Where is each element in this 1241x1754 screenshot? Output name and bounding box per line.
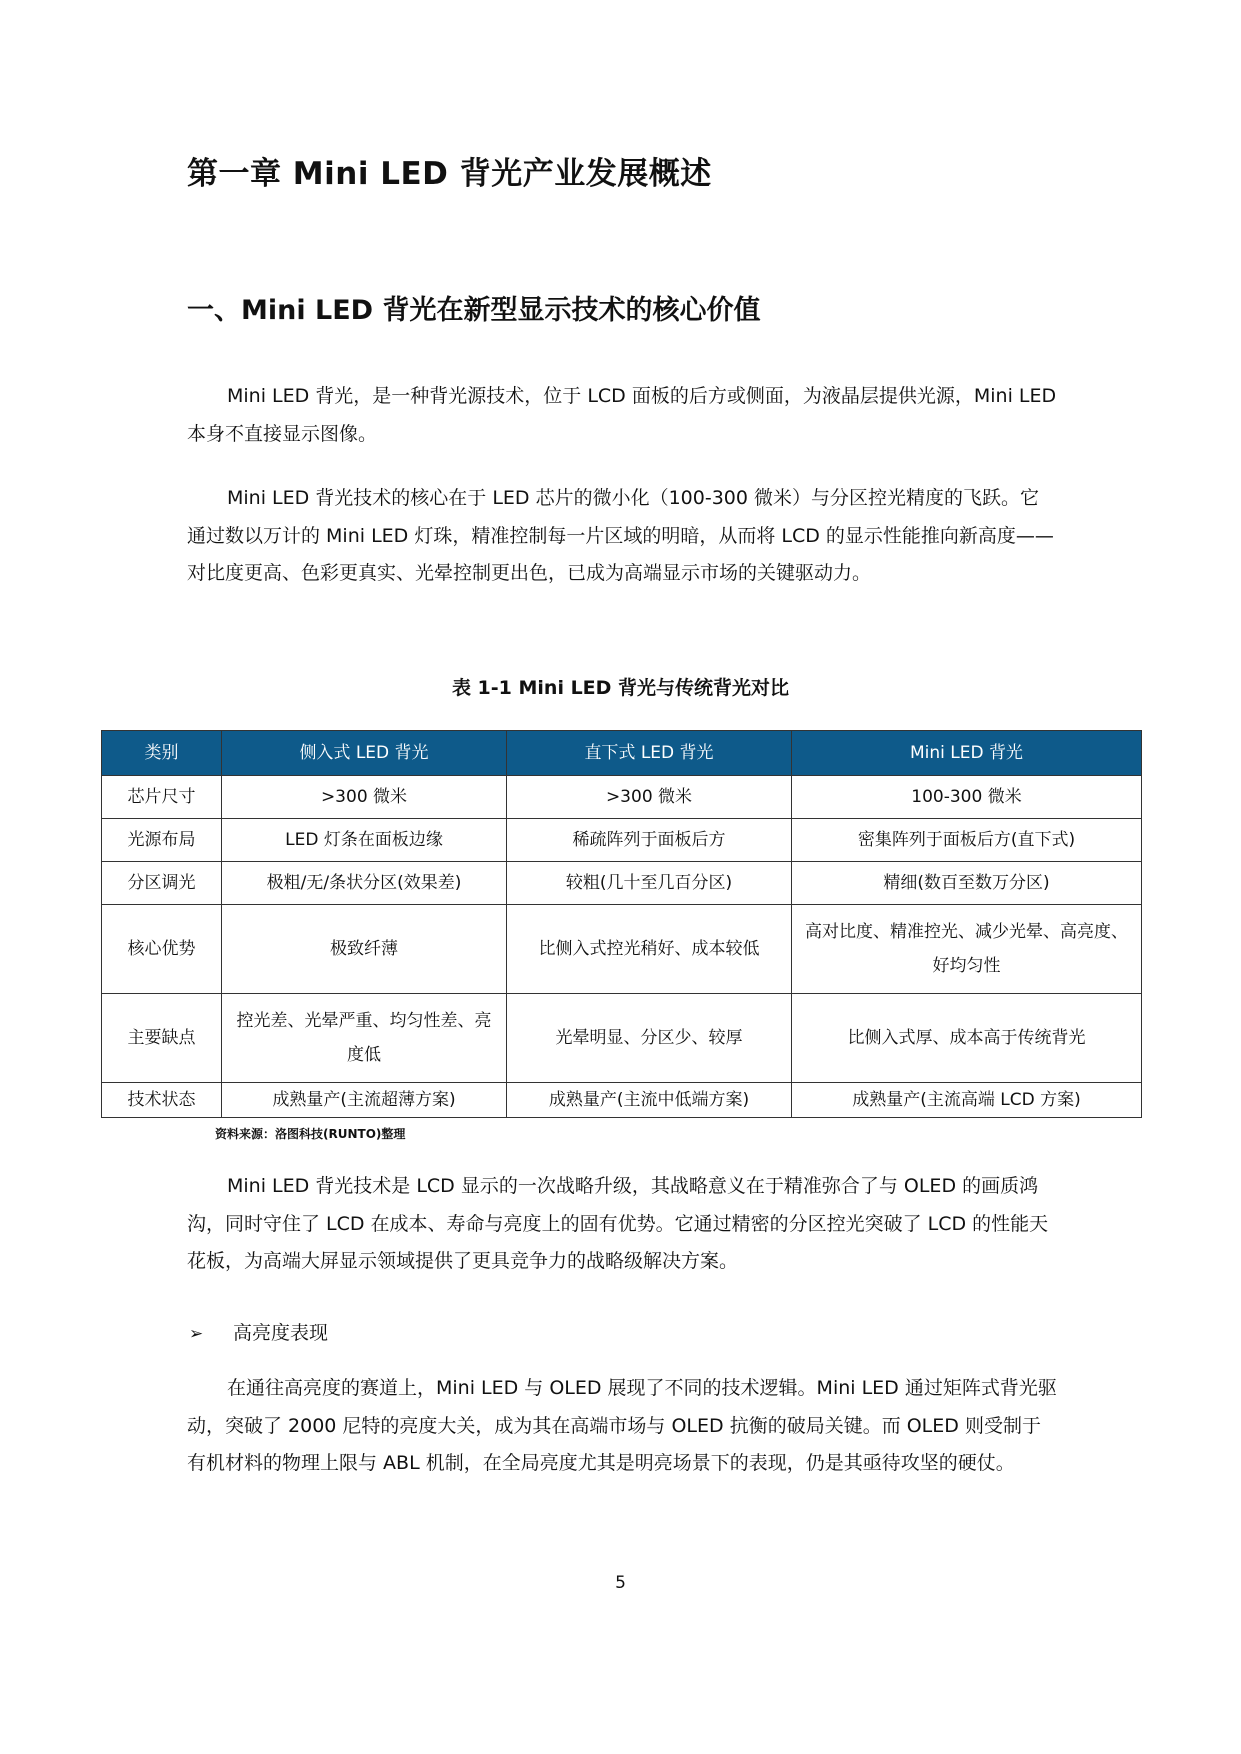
table-source-note: 资料来源：洛图科技(RUNTO)整理 (215, 1125, 405, 1142)
table-row: 技术状态 成熟量产(主流超薄方案) 成熟量产(主流中低端方案) 成熟量产(主流高… (102, 1083, 1142, 1118)
table-row: 芯片尺寸 >300 微米 >300 微米 100-300 微米 (102, 776, 1142, 819)
row-label: 光源布局 (102, 819, 222, 862)
table-cell: 比侧入式控光稍好、成本较低 (507, 905, 792, 994)
row-label: 主要缺点 (102, 994, 222, 1083)
chapter-title: 第一章 Mini LED 背光产业发展概述 (187, 148, 712, 193)
table-row: 分区调光 极粗/无/条状分区(效果差) 较粗(几十至几百分区) 精细(数百至数万… (102, 862, 1142, 905)
header-cell: 侧入式 LED 背光 (222, 731, 507, 776)
table-cell: >300 微米 (222, 776, 507, 819)
bullet-heading: ➢高亮度表现 (189, 1318, 328, 1345)
table-cell: 控光差、光晕严重、均匀性差、亮度低 (222, 994, 507, 1083)
header-cell: 类别 (102, 731, 222, 776)
table-cell: 光晕明显、分区少、较厚 (507, 994, 792, 1083)
row-label: 芯片尺寸 (102, 776, 222, 819)
table-cell: 成熟量产(主流高端 LCD 方案) (792, 1083, 1142, 1118)
arrow-bullet-icon: ➢ (189, 1324, 233, 1344)
paragraph-brightness: 在通往高亮度的赛道上，Mini LED 与 OLED 展现了不同的技术逻辑。Mi… (187, 1370, 1057, 1483)
table-cell: 高对比度、精准控光、减少光晕、高亮度、好均匀性 (792, 905, 1142, 994)
paragraph-strategic: Mini LED 背光技术是 LCD 显示的一次战略升级，其战略意义在于精准弥合… (187, 1168, 1057, 1281)
table-cell: 极致纤薄 (222, 905, 507, 994)
table-row: 核心优势 极致纤薄 比侧入式控光稍好、成本较低 高对比度、精准控光、减少光晕、高… (102, 905, 1142, 994)
paragraph-core: Mini LED 背光技术的核心在于 LED 芯片的微小化（100-300 微米… (187, 480, 1057, 593)
table-header-row: 类别 侧入式 LED 背光 直下式 LED 背光 Mini LED 背光 (102, 731, 1142, 776)
header-cell: Mini LED 背光 (792, 731, 1142, 776)
bullet-label: 高亮度表现 (233, 1322, 328, 1344)
row-label: 分区调光 (102, 862, 222, 905)
row-label: 技术状态 (102, 1083, 222, 1118)
comparison-table: 类别 侧入式 LED 背光 直下式 LED 背光 Mini LED 背光 芯片尺… (101, 730, 1142, 1118)
section-title: 一、Mini LED 背光在新型显示技术的核心价值 (187, 288, 760, 327)
table-cell: 100-300 微米 (792, 776, 1142, 819)
row-label: 核心优势 (102, 905, 222, 994)
header-cell: 直下式 LED 背光 (507, 731, 792, 776)
table-cell: 比侧入式厚、成本高于传统背光 (792, 994, 1142, 1083)
page-number: 5 (0, 1573, 1241, 1593)
paragraph-definition: Mini LED 背光，是一种背光源技术，位于 LCD 面板的后方或侧面，为液晶… (187, 378, 1057, 453)
table-cell: 精细(数百至数万分区) (792, 862, 1142, 905)
table-cell: 稀疏阵列于面板后方 (507, 819, 792, 862)
table-cell: 极粗/无/条状分区(效果差) (222, 862, 507, 905)
table-cell: LED 灯条在面板边缘 (222, 819, 507, 862)
table-row: 主要缺点 控光差、光晕严重、均匀性差、亮度低 光晕明显、分区少、较厚 比侧入式厚… (102, 994, 1142, 1083)
table-row: 光源布局 LED 灯条在面板边缘 稀疏阵列于面板后方 密集阵列于面板后方(直下式… (102, 819, 1142, 862)
table-cell: 成熟量产(主流超薄方案) (222, 1083, 507, 1118)
table-cell: 成熟量产(主流中低端方案) (507, 1083, 792, 1118)
table-cell: >300 微米 (507, 776, 792, 819)
table-caption: 表 1-1 Mini LED 背光与传统背光对比 (0, 673, 1241, 700)
table-cell: 较粗(几十至几百分区) (507, 862, 792, 905)
table-cell: 密集阵列于面板后方(直下式) (792, 819, 1142, 862)
document-page: 第一章 Mini LED 背光产业发展概述 一、Mini LED 背光在新型显示… (0, 0, 1241, 1754)
